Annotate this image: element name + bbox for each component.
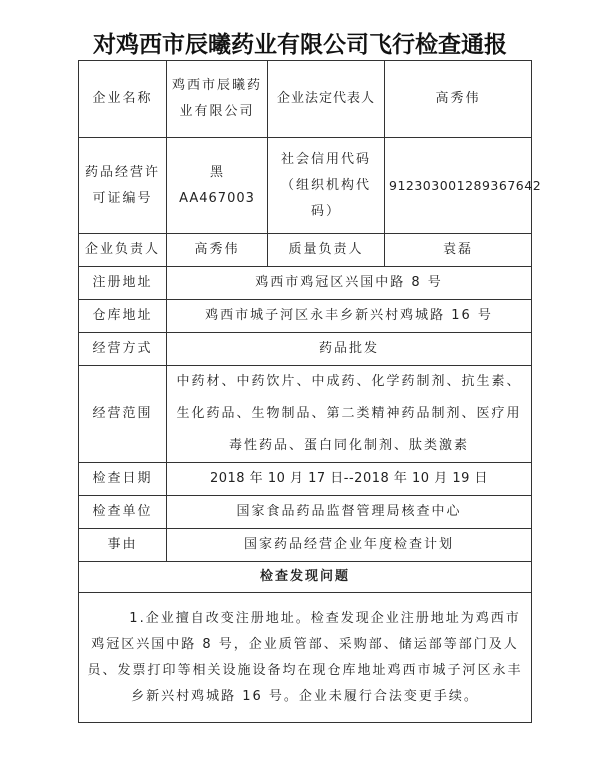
row-warehouse-address: 仓库地址 鸡西市城子河区永丰乡新兴村鸡城路 16 号 [79,300,532,333]
company-name-value: 鸡西市辰曦药业有限公司 [167,61,268,138]
business-scope-value: 中药材、中药饮片、中成药、化学药制剂、抗生素、生化药品、生物制品、第二类精神药品… [167,366,532,463]
row-business-mode: 经营方式 药品批发 [79,333,532,366]
finding-item: 1.企业擅自改变注册地址。检查发现企业注册地址为鸡西市鸡冠区兴国中路 8 号，企… [87,611,522,704]
principal-label: 企业负责人 [79,234,167,267]
inspection-date-value: 2018 年 10 月 17 日--2018 年 10 月 19 日 [167,463,532,496]
quality-head-label: 质量负责人 [268,234,385,267]
reg-address-value: 鸡西市鸡冠区兴国中路 8 号 [167,267,532,300]
row-reg-address: 注册地址 鸡西市鸡冠区兴国中路 8 号 [79,267,532,300]
principal-value: 高秀伟 [167,234,268,267]
inspection-unit-value: 国家食品药品监督管理局核查中心 [167,496,532,529]
findings-content: 1.企业擅自改变注册地址。检查发现企业注册地址为鸡西市鸡冠区兴国中路 8 号，企… [79,593,532,723]
row-principal: 企业负责人 高秀伟 质量负责人 袁磊 [79,234,532,267]
inspection-unit-label: 检查单位 [79,496,167,529]
company-name-label: 企业名称 [79,61,167,138]
warehouse-address-label: 仓库地址 [79,300,167,333]
row-findings: 1.企业擅自改变注册地址。检查发现企业注册地址为鸡西市鸡冠区兴国中路 8 号，企… [79,593,532,723]
license-no-value: 黑 AA467003 [167,138,268,234]
legal-rep-value: 高秀伟 [385,61,532,138]
findings-heading: 检查发现问题 [79,562,532,593]
credit-code-label: 社会信用代码（组织机构代码） [268,138,385,234]
business-mode-label: 经营方式 [79,333,167,366]
document-title: 对鸡西市辰曦药业有限公司飞行检查通报 [0,30,600,60]
reg-address-label: 注册地址 [79,267,167,300]
row-license: 药品经营许可证编号 黑 AA467003 社会信用代码（组织机构代码） 9123… [79,138,532,234]
inspection-date-label: 检查日期 [79,463,167,496]
business-mode-value: 药品批发 [167,333,532,366]
reason-value: 国家药品经营企业年度检查计划 [167,529,532,562]
row-company-name: 企业名称 鸡西市辰曦药业有限公司 企业法定代表人 高秀伟 [79,61,532,138]
legal-rep-label: 企业法定代表人 [268,61,385,138]
quality-head-value: 袁磊 [385,234,532,267]
license-no-label: 药品经营许可证编号 [79,138,167,234]
warehouse-address-value: 鸡西市城子河区永丰乡新兴村鸡城路 16 号 [167,300,532,333]
credit-code-value: 912303001289367642 [385,138,532,234]
row-business-scope: 经营范围 中药材、中药饮片、中成药、化学药制剂、抗生素、生化药品、生物制品、第二… [79,366,532,463]
row-inspection-date: 检查日期 2018 年 10 月 17 日--2018 年 10 月 19 日 [79,463,532,496]
reason-label: 事由 [79,529,167,562]
row-findings-heading: 检查发现问题 [79,562,532,593]
row-inspection-unit: 检查单位 国家食品药品监督管理局核查中心 [79,496,532,529]
row-reason: 事由 国家药品经营企业年度检查计划 [79,529,532,562]
inspection-report-table: 企业名称 鸡西市辰曦药业有限公司 企业法定代表人 高秀伟 药品经营许可证编号 黑… [78,60,532,723]
business-scope-label: 经营范围 [79,366,167,463]
